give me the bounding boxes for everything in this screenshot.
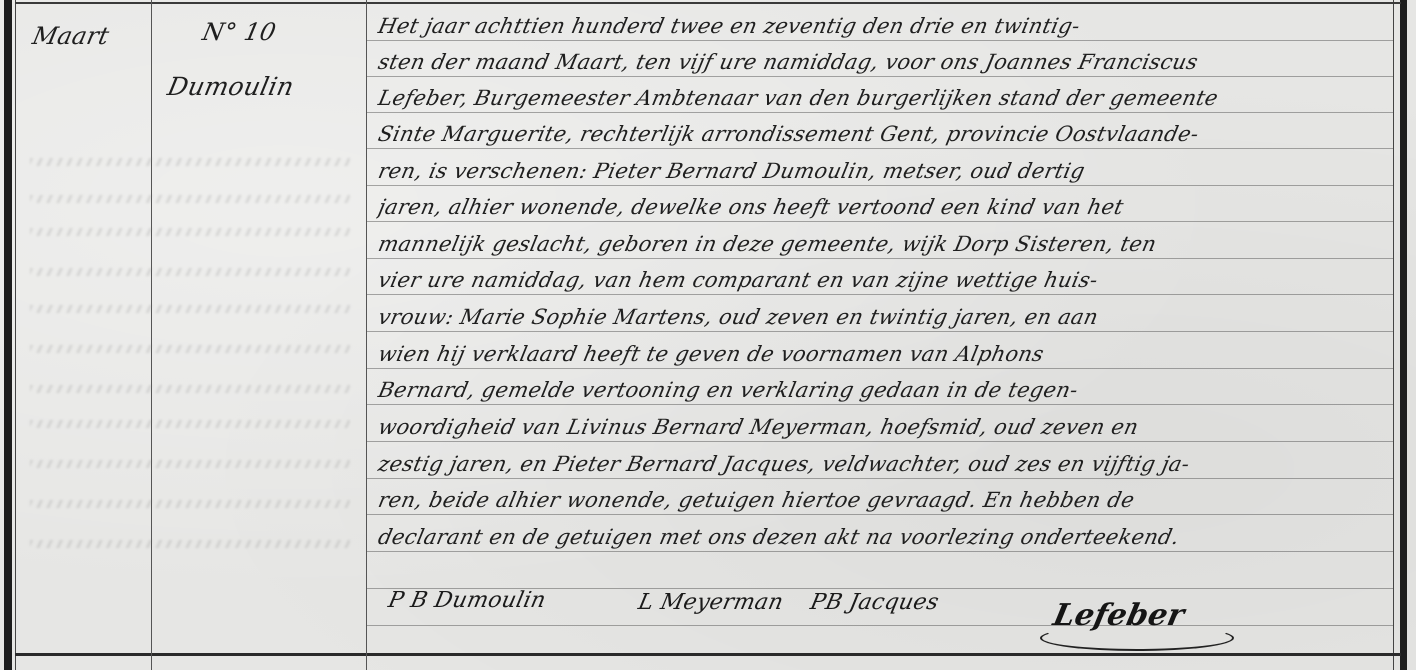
body-line: vrouw: Marie Sophie Martens, oud zeven e…	[376, 305, 1391, 329]
ruled-line	[367, 112, 1393, 113]
ruled-line	[367, 148, 1393, 149]
signature-witness-1: L Meyerman	[636, 590, 786, 615]
bleed-through	[30, 195, 350, 203]
margin-surname: Dumoulin	[165, 72, 297, 101]
ruled-line	[367, 185, 1393, 186]
margin-entry-number: N° 10	[200, 18, 279, 46]
ruled-line	[367, 258, 1393, 259]
body-line: vier ure namiddag, van hem comparant en …	[376, 268, 1391, 292]
body-line: sten der maand Maart, ten vijf ure namid…	[376, 50, 1391, 74]
signature-declarant: P B Dumoulin	[386, 588, 548, 613]
ruled-line	[367, 514, 1393, 515]
body-line: Het jaar achttien hunderd twee en zevent…	[376, 14, 1391, 38]
register-page: Maart N° 10 Dumoulin Het jaar achttien h…	[0, 0, 1416, 670]
body-line: Sinte Marguerite, rechterlijk arrondisse…	[376, 122, 1391, 146]
right-border-thick	[1400, 0, 1407, 670]
body-line: jaren, alhier wonende, dewelke ons heeft…	[376, 195, 1391, 219]
entry-separator-rule	[15, 653, 1401, 656]
ruled-line	[367, 404, 1393, 405]
bleed-through	[30, 540, 350, 548]
bleed-through	[30, 228, 350, 236]
body-line: Bernard, gemelde vertooning en verklarin…	[376, 378, 1391, 402]
ruled-line	[367, 76, 1393, 77]
body-line: ren, is verschenen: Pieter Bernard Dumou…	[376, 159, 1391, 183]
bleed-through	[30, 305, 350, 313]
left-border-thin	[15, 0, 16, 670]
body-line: woordigheid van Livinus Bernard Meyerman…	[376, 415, 1391, 439]
body-line: mannelijk geslacht, geboren in deze geme…	[376, 232, 1391, 256]
left-border-thick	[4, 0, 12, 670]
body-line: ren, beide alhier wonende, getuigen hier…	[376, 488, 1391, 512]
ruled-line	[367, 478, 1393, 479]
signature-flourish	[1040, 625, 1234, 651]
bleed-through	[30, 158, 350, 166]
column-divider-date	[151, 0, 152, 670]
bleed-through	[30, 460, 350, 468]
right-border-thin	[1393, 0, 1394, 670]
bleed-through	[30, 345, 350, 353]
margin-month: Maart	[30, 22, 112, 50]
ruled-line	[367, 551, 1393, 552]
bleed-through	[30, 420, 350, 428]
body-line: Lefeber, Burgemeester Ambtenaar van den …	[376, 86, 1391, 110]
ruled-line	[367, 331, 1393, 332]
column-divider-number	[366, 0, 367, 670]
ruled-line	[367, 441, 1393, 442]
bleed-through	[30, 385, 350, 393]
ruled-line	[367, 40, 1393, 41]
body-line: zestig jaren, en Pieter Bernard Jacques,…	[376, 452, 1391, 476]
signature-witness-2: PB Jacques	[808, 590, 941, 615]
ruled-line	[367, 625, 1393, 626]
body-line: wien hij verklaard heeft te geven de voo…	[376, 342, 1391, 366]
bleed-through	[30, 268, 350, 276]
body-line: declarant en de getuigen met ons dezen a…	[376, 525, 1391, 549]
bleed-through	[30, 500, 350, 508]
top-rule	[15, 2, 1401, 4]
ruled-line	[367, 294, 1393, 295]
ruled-line	[367, 221, 1393, 222]
ruled-line	[367, 368, 1393, 369]
